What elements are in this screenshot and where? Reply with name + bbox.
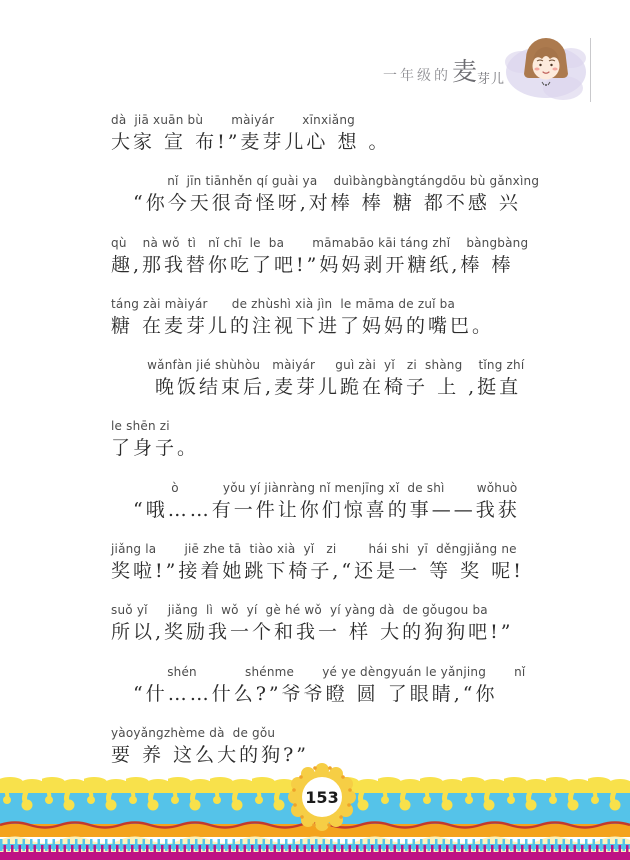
page-number: 153 [305,788,338,807]
hanzi-line: “你今天很奇怪呀,对棒 棒 糖 都不感 兴 [111,190,591,217]
book-title-prefix: 一年级的 [383,65,451,85]
text-line: táng zài màiyár de zhùshì xià jìn le mām… [111,296,591,357]
text-line: dà jiā xuān bù màiyár xīnxiǎng 大家 宣 布!”麦… [111,112,591,173]
hanzi-line: “哦……有一件让你们惊喜的事——我获 [111,497,591,524]
book-title-main: 麦 [452,52,477,88]
pinyin-line: shén shénme yé ye dèngyuán le yǎnjing nǐ [111,664,591,681]
text-line: qù nà wǒ tì nǐ chī le ba māmabāo kāi tán… [111,235,591,296]
text-line: le shēn zi 了身子。 [111,418,591,479]
text-line: shén shénme yé ye dèngyuán le yǎnjing nǐ… [111,664,591,725]
pinyin-line: nǐ jīn tiānhěn qí guài ya duìbàngbàngtán… [111,173,591,190]
pinyin-line: ò yǒu yí jiànràng nǐ menjīng xǐ de shì w… [111,480,591,497]
text-line: wǎnfàn jié shùhòu màiyár guì zài yǐ zi s… [111,357,591,418]
hanzi-line: 晚饭结束后,麦芽儿跪在椅子 上 ,挺直 [111,374,591,401]
text-line: nǐ jīn tiānhěn qí guài ya duìbàngbàngtán… [111,173,591,234]
pinyin-line: yàoyǎngzhème dà de gǒu [111,725,591,742]
book-page: 一年级的麦芽儿 [0,0,630,860]
hanzi-line: 奖啦!”接着她跳下椅子,“还是一 等 奖 呢! [111,558,591,585]
pinyin-line: jiǎng la jiē zhe tā tiào xià yǐ zi hái s… [111,541,591,558]
text-line: jiǎng la jiē zhe tā tiào xià yǐ zi hái s… [111,541,591,602]
hanzi-line: 趣,那我替你吃了吧!”妈妈剥开糖纸,棒 棒 [111,252,591,279]
pinyin-line: wǎnfàn jié shùhòu màiyár guì zài yǐ zi s… [111,357,591,374]
pinyin-line: dà jiā xuān bù màiyár xīnxiǎng [111,112,591,129]
page-header: 一年级的麦芽儿 [383,36,598,102]
pinyin-line: táng zài màiyár de zhùshì xià jìn le mām… [111,296,591,313]
text-body: dà jiā xuān bù màiyár xīnxiǎng 大家 宣 布!”麦… [111,112,591,786]
text-line: ò yǒu yí jiànràng nǐ menjīng xǐ de shì w… [111,480,591,541]
pinyin-line: le shēn zi [111,418,591,435]
pinyin-line: qù nà wǒ tì nǐ chī le ba māmabāo kāi tán… [111,235,591,252]
pinyin-line: suǒ yǐ jiǎng lì wǒ yí gè hé wǒ yí yàng d… [111,602,591,619]
girl-illustration-icon [501,30,591,110]
footer-border: 153 [0,760,630,860]
header-divider [590,38,591,102]
book-title: 一年级的麦芽儿 [383,52,505,88]
hanzi-line: 所以,奖励我一个和我一 样 大的狗狗吧!” [111,619,591,646]
hanzi-line: 大家 宣 布!”麦芽儿心 想 。 [111,129,591,156]
hanzi-line: “什……什么?”爷爷瞪 圆 了眼睛,“你 [111,681,591,708]
hanzi-line: 了身子。 [111,435,591,462]
text-line: suǒ yǐ jiǎng lì wǒ yí gè hé wǒ yí yàng d… [111,602,591,663]
hanzi-line: 糖 在麦芽儿的注视下进了妈妈的嘴巴。 [111,313,591,340]
